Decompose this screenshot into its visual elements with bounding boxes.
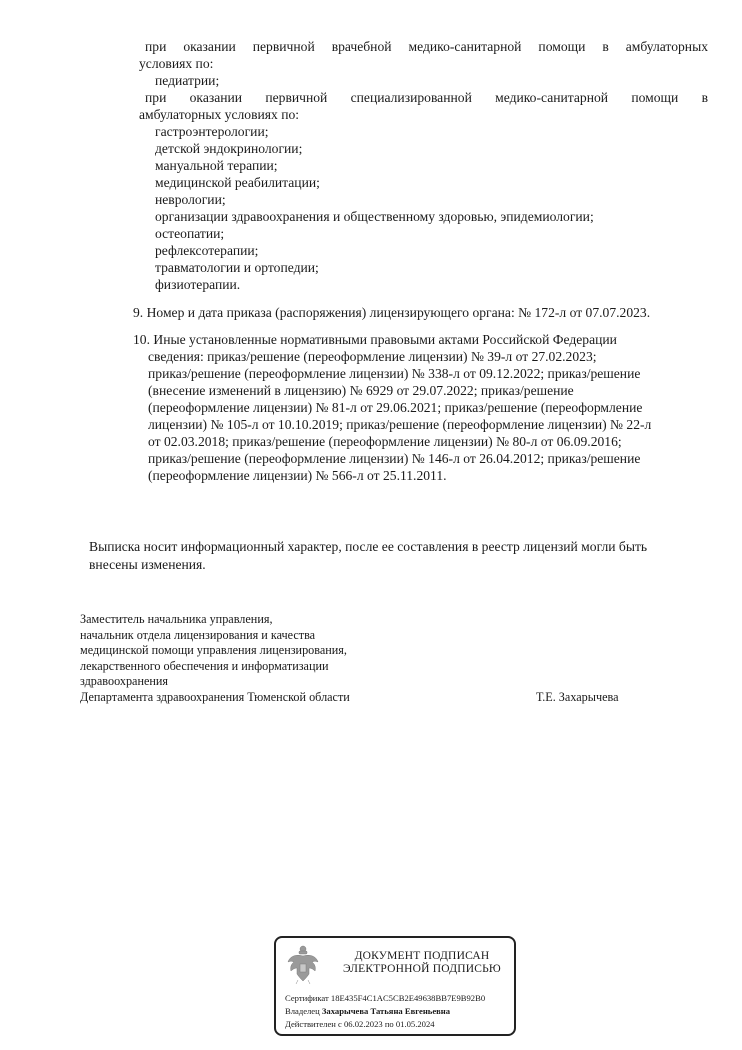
valid-label: Действителен — [285, 1019, 336, 1029]
signatory-position: Заместитель начальника управления, начал… — [80, 612, 350, 706]
specialty-item: травматологии и ортопедии; — [155, 259, 319, 276]
section-10-line: (внесение изменений в лицензию) № 6929 о… — [148, 382, 574, 399]
stamp-certificate: Сертификат 18E435F4C1AC5CB2E49638BB7E9B9… — [285, 993, 485, 1004]
signatory-name: Т.Е. Захарычева — [536, 690, 619, 706]
certificate-value: 18E435F4C1AC5CB2E49638BB7E9B92B0 — [331, 993, 485, 1003]
primary-care-item: педиатрии; — [155, 72, 219, 89]
section-10-line: 10. Иные установленные нормативными прав… — [133, 331, 617, 348]
informational-notice-line1: Выписка носит информационный характер, п… — [89, 538, 647, 555]
stamp-title-line2: ЭЛЕКТРОННОЙ ПОДПИСЬЮ — [332, 963, 512, 976]
russian-coat-of-arms-icon — [286, 944, 320, 984]
specialized-care-intro-line2: амбулаторных условиях по: — [139, 106, 299, 123]
specialty-item: детской эндокринологии; — [155, 140, 302, 157]
stamp-title-line1: ДОКУМЕНТ ПОДПИСАН — [332, 950, 512, 963]
specialty-item: медицинской реабилитации; — [155, 174, 320, 191]
signatory-position-line: лекарственного обеспечения и информатиза… — [80, 659, 350, 675]
section-10-line: лицензии) № 105-л от 10.10.2019; приказ/… — [148, 416, 651, 433]
owner-label: Владелец — [285, 1006, 320, 1016]
specialized-care-intro-line1: при оказании первичной специализированно… — [145, 89, 708, 106]
stamp-validity: Действителен с 06.02.2023 по 01.05.2024 — [285, 1019, 435, 1030]
specialty-item: организации здравоохранения и общественн… — [155, 208, 594, 225]
section-10-line: (переоформление лицензии) № 566-л от 25.… — [148, 467, 447, 484]
section-10-line: сведения: приказ/решение (переоформление… — [148, 348, 597, 365]
stamp-owner: Владелец Захарычева Татьяна Евгеньевна — [285, 1006, 450, 1017]
certificate-label: Сертификат — [285, 993, 329, 1003]
specialty-item: остеопатии; — [155, 225, 224, 242]
primary-care-intro-line1: при оказании первичной врачебной медико-… — [145, 38, 708, 55]
section-10-line: (переоформление лицензии) № 81-л от 29.0… — [148, 399, 642, 416]
signatory-position-line: здравоохранения — [80, 674, 350, 690]
owner-value: Захарычева Татьяна Евгеньевна — [322, 1006, 450, 1016]
section-10-line: от 02.03.2018; приказ/решение (переоформ… — [148, 433, 622, 450]
specialty-item: гастроэнтерологии; — [155, 123, 269, 140]
document-page: при оказании первичной врачебной медико-… — [0, 0, 742, 1050]
section-10-line: приказ/решение (переоформление лицензии)… — [148, 450, 640, 467]
signatory-position-line: медицинской помощи управления лицензиров… — [80, 643, 350, 659]
valid-value: с 06.02.2023 по 01.05.2024 — [338, 1019, 435, 1029]
informational-notice-line2: внесены изменения. — [89, 556, 206, 573]
specialty-item: неврологии; — [155, 191, 226, 208]
signatory-position-line: начальник отдела лицензирования и качест… — [80, 628, 350, 644]
e-signature-stamp: ДОКУМЕНТ ПОДПИСАН ЭЛЕКТРОННОЙ ПОДПИСЬЮ С… — [274, 936, 516, 1036]
signatory-position-line: Департамента здравоохранения Тюменской о… — [80, 690, 350, 706]
primary-care-intro-line2: условиях по: — [139, 55, 213, 72]
specialty-item: рефлексотерапии; — [155, 242, 258, 259]
signatory-position-line: Заместитель начальника управления, — [80, 612, 350, 628]
section-9-order-info: 9. Номер и дата приказа (распоряжения) л… — [133, 304, 650, 321]
stamp-title: ДОКУМЕНТ ПОДПИСАН ЭЛЕКТРОННОЙ ПОДПИСЬЮ — [332, 950, 512, 976]
section-10-line: приказ/решение (переоформление лицензии)… — [148, 365, 640, 382]
specialty-item: физиотерапии. — [155, 276, 240, 293]
specialty-item: мануальной терапии; — [155, 157, 278, 174]
